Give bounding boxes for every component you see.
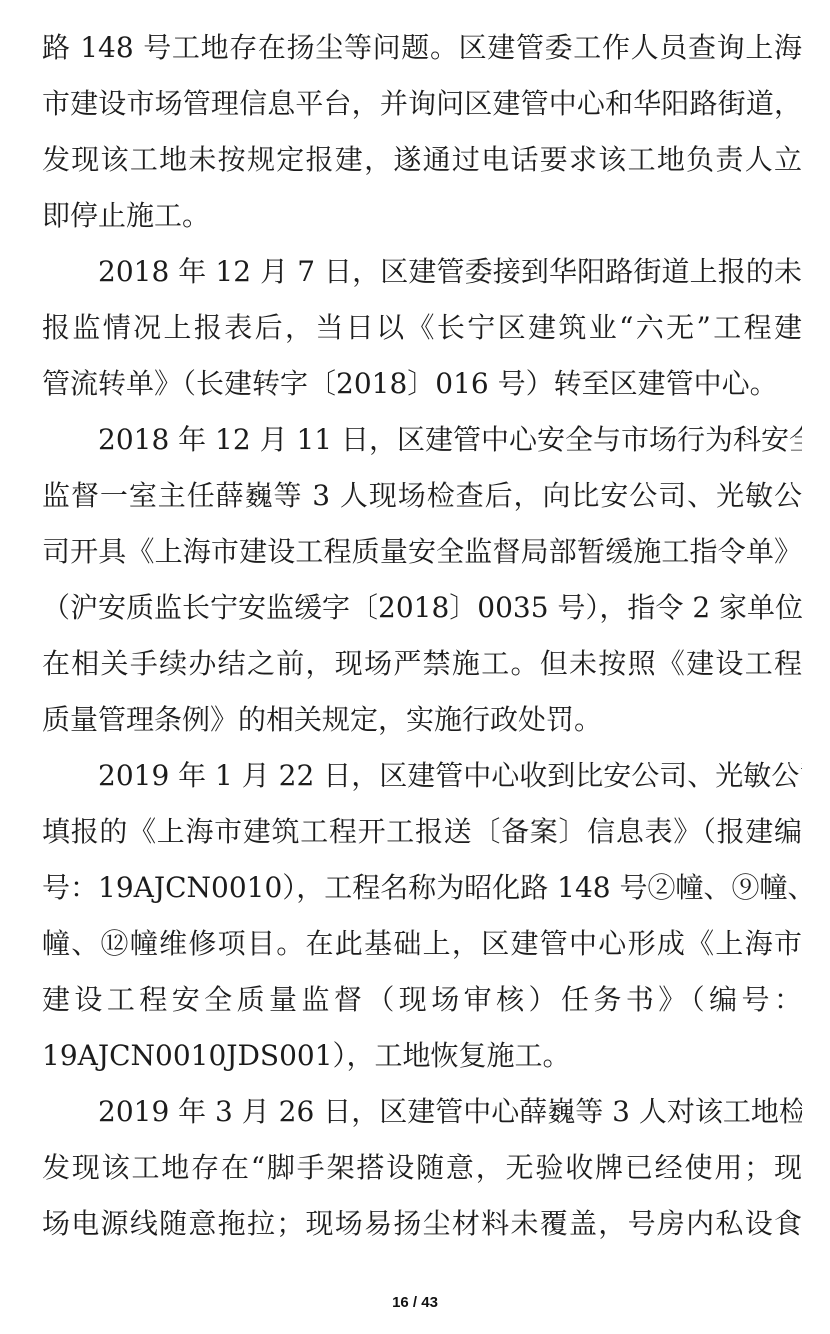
text-line: 即停止施工。 [42, 188, 802, 244]
text-line: 质量管理条例》的相关规定，实施行政处罚。 [42, 692, 802, 748]
text-line: 发现该工地存在“脚手架搭设随意，无验收牌已经使用；现 [42, 1140, 802, 1196]
text-line: 幢、⑫幢维修项目。在此基础上，区建管中心形成《上海市 [42, 916, 802, 972]
text-line: 场电源线随意拖拉；现场易扬尘材料未覆盖，号房内私设食 [42, 1196, 802, 1252]
text-line: 2019 年 1 月 22 日，区建管中心收到比安公司、光敏公司 [42, 748, 802, 804]
paragraph: 路 148 号工地存在扬尘等问题。区建管委工作人员查询上海 市建设市场管理信息平… [42, 20, 802, 244]
document-body: 路 148 号工地存在扬尘等问题。区建管委工作人员查询上海 市建设市场管理信息平… [42, 20, 802, 1252]
paragraph: 2018 年 12 月 7 日，区建管委接到华阳路街道上报的未 报监情况上报表后… [42, 244, 802, 412]
text-line: 管流转单》（长建转字〔2018〕016 号）转至区建管中心。 [42, 356, 802, 412]
text-line: 2019 年 3 月 26 日，区建管中心薛巍等 3 人对该工地检查， [42, 1084, 802, 1140]
text-line: 路 148 号工地存在扬尘等问题。区建管委工作人员查询上海 [42, 20, 802, 76]
paragraph: 2019 年 1 月 22 日，区建管中心收到比安公司、光敏公司 填报的《上海市… [42, 748, 802, 1084]
document-page: 路 148 号工地存在扬尘等问题。区建管委工作人员查询上海 市建设市场管理信息平… [0, 0, 830, 1334]
text-line: 建设工程安全质量监督（现场审核）任务书》（编号： [42, 972, 802, 1028]
text-line: 2018 年 12 月 7 日，区建管委接到华阳路街道上报的未 [42, 244, 802, 300]
paragraph: 2018 年 12 月 11 日，区建管中心安全与市场行为科安全 监督一室主任薛… [42, 412, 802, 748]
text-line: 发现该工地未按规定报建，遂通过电话要求该工地负责人立 [42, 132, 802, 188]
text-line: 在相关手续办结之前，现场严禁施工。但未按照《建设工程 [42, 636, 802, 692]
text-line: 填报的《上海市建筑工程开工报送〔备案〕信息表》（报建编 [42, 804, 802, 860]
text-line: 监督一室主任薛巍等 3 人现场检查后，向比安公司、光敏公 [42, 468, 802, 524]
text-line: 号：19AJCN0010），工程名称为昭化路 148 号②幢、⑨幢、⑩ [42, 860, 802, 916]
page-number: 16 / 43 [0, 1294, 830, 1311]
text-line: 报监情况上报表后，当日以《长宁区建筑业“六无”工程建 [42, 300, 802, 356]
text-line: 19AJCN0010JDS001），工地恢复施工。 [42, 1028, 802, 1084]
text-line: 2018 年 12 月 11 日，区建管中心安全与市场行为科安全 [42, 412, 802, 468]
text-line: 司开具《上海市建设工程质量安全监督局部暂缓施工指令单》 [42, 524, 802, 580]
paragraph: 2019 年 3 月 26 日，区建管中心薛巍等 3 人对该工地检查， 发现该工… [42, 1084, 802, 1252]
text-line: （沪安质监长宁安监缓字〔2018〕0035 号），指令 2 家单位 [42, 580, 802, 636]
text-line: 市建设市场管理信息平台，并询问区建管中心和华阳路街道， [42, 76, 802, 132]
